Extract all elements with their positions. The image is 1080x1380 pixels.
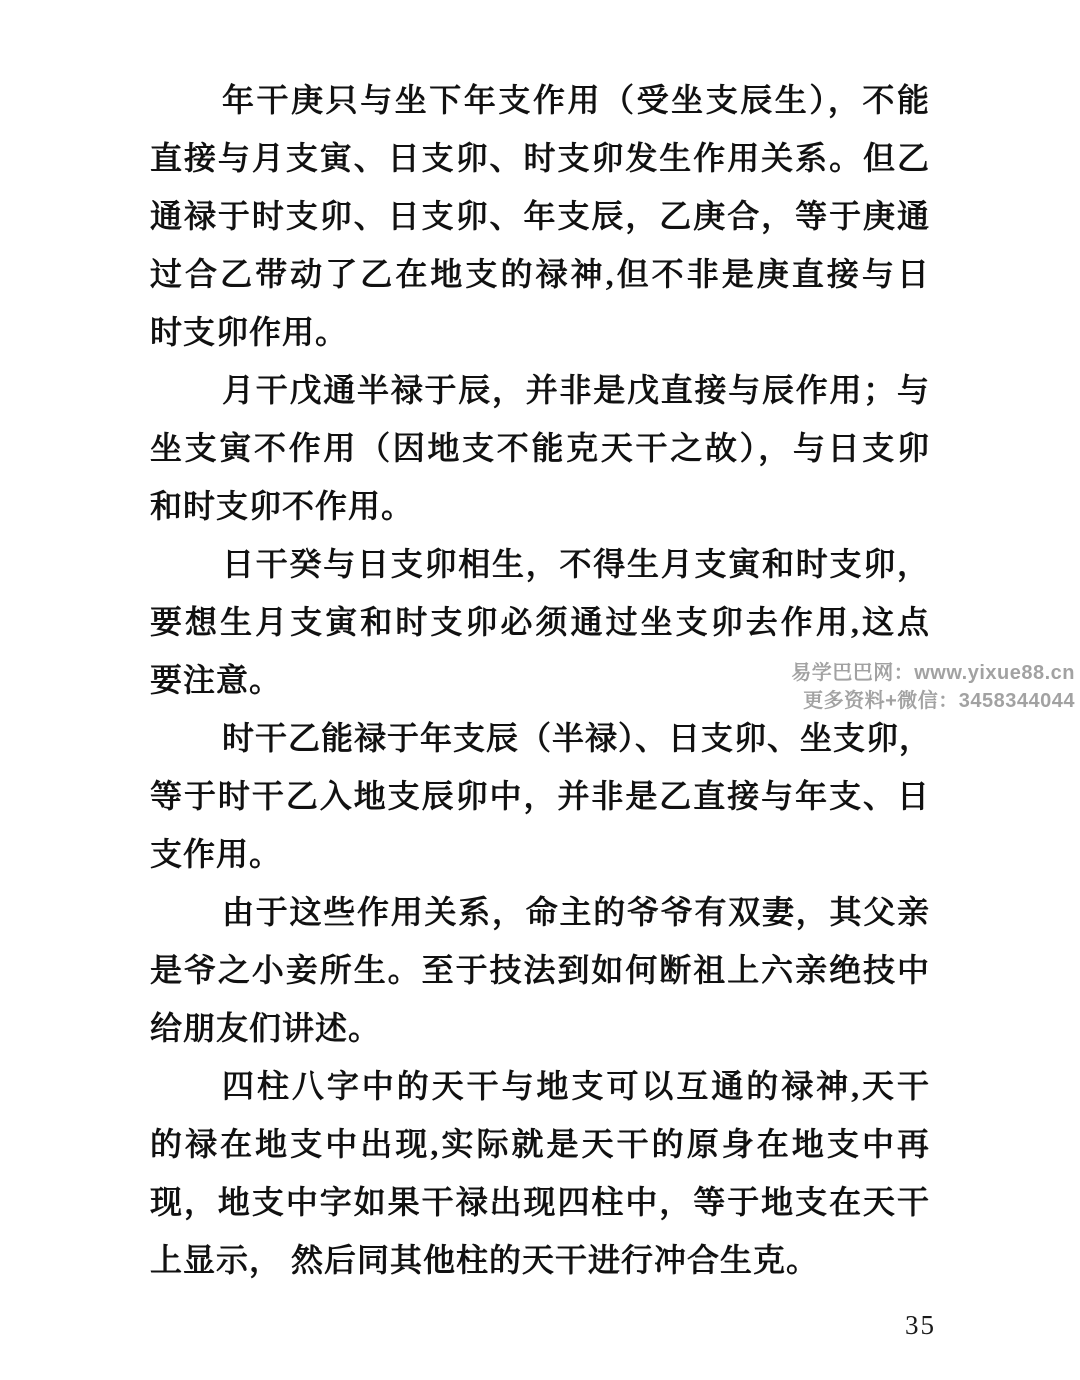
text-line: 直接与月支寅、日支卯、时支卯发生作用关系。但乙 <box>150 129 930 187</box>
text-line: 过合乙带动了乙在地支的禄神,但不非是庚直接与日 <box>150 245 930 303</box>
paragraph-4: 时干乙能禄于年支辰（半禄）、日支卯、坐支卯， 等于时干乙入地支辰卯中，并非是乙直… <box>150 709 930 883</box>
text-line: 时干乙能禄于年支辰（半禄）、日支卯、坐支卯， <box>150 709 930 767</box>
text-line: 时支卯作用。 <box>150 303 930 361</box>
text-line: 支作用。 <box>150 825 930 883</box>
text-line: 等于时干乙入地支辰卯中，并非是乙直接与年支、日 <box>150 767 930 825</box>
text-line: 上显示， 然后同其他柱的天干进行冲合生克。 <box>150 1231 930 1289</box>
text-line: 的禄在地支中出现,实际就是天干的原身在地支中再 <box>150 1115 930 1173</box>
text-line: 坐支寅不作用（因地支不能克天干之故），与日支卯 <box>150 419 930 477</box>
text-line: 年干庚只与坐下年支作用（受坐支辰生），不能 <box>150 71 930 129</box>
text-line: 日干癸与日支卯相生，不得生月支寅和时支卯， <box>150 535 930 593</box>
watermark: 易学巴巴网：www.yixue88.cn 更多资料+微信：3458344044 <box>791 659 1075 715</box>
text-line: 是爷之小妾所生。至于技法到如何断祖上六亲绝技中 <box>150 941 930 999</box>
paragraph-5: 由于这些作用关系，命主的爷爷有双妻，其父亲 是爷之小妾所生。至于技法到如何断祖上… <box>150 883 930 1057</box>
text-line: 四柱八字中的天干与地支可以互通的禄神,天干 <box>150 1057 930 1115</box>
text-line: 和时支卯不作用。 <box>150 477 930 535</box>
text-line: 通禄于时支卯、日支卯、年支辰，乙庚合，等于庚通 <box>150 187 930 245</box>
page-number: 35 <box>905 1310 936 1341</box>
document-page: 年干庚只与坐下年支作用（受坐支辰生），不能 直接与月支寅、日支卯、时支卯发生作用… <box>0 0 1080 1380</box>
text-line: 由于这些作用关系，命主的爷爷有双妻，其父亲 <box>150 883 930 941</box>
paragraph-6: 四柱八字中的天干与地支可以互通的禄神,天干 的禄在地支中出现,实际就是天干的原身… <box>150 1057 930 1289</box>
text-line: 给朋友们讲述。 <box>150 999 930 1057</box>
watermark-site-line: 易学巴巴网：www.yixue88.cn <box>791 659 1075 687</box>
watermark-contact-line: 更多资料+微信：3458344044 <box>791 687 1075 715</box>
paragraph-1: 年干庚只与坐下年支作用（受坐支辰生），不能 直接与月支寅、日支卯、时支卯发生作用… <box>150 71 930 361</box>
text-line: 现，地支中字如果干禄出现四柱中，等于地支在天干 <box>150 1173 930 1231</box>
text-line: 要想生月支寅和时支卯必须通过坐支卯去作用,这点 <box>150 593 930 651</box>
paragraph-2: 月干戊通半禄于辰，并非是戊直接与辰作用；与 坐支寅不作用（因地支不能克天干之故）… <box>150 361 930 535</box>
text-line: 月干戊通半禄于辰，并非是戊直接与辰作用；与 <box>150 361 930 419</box>
